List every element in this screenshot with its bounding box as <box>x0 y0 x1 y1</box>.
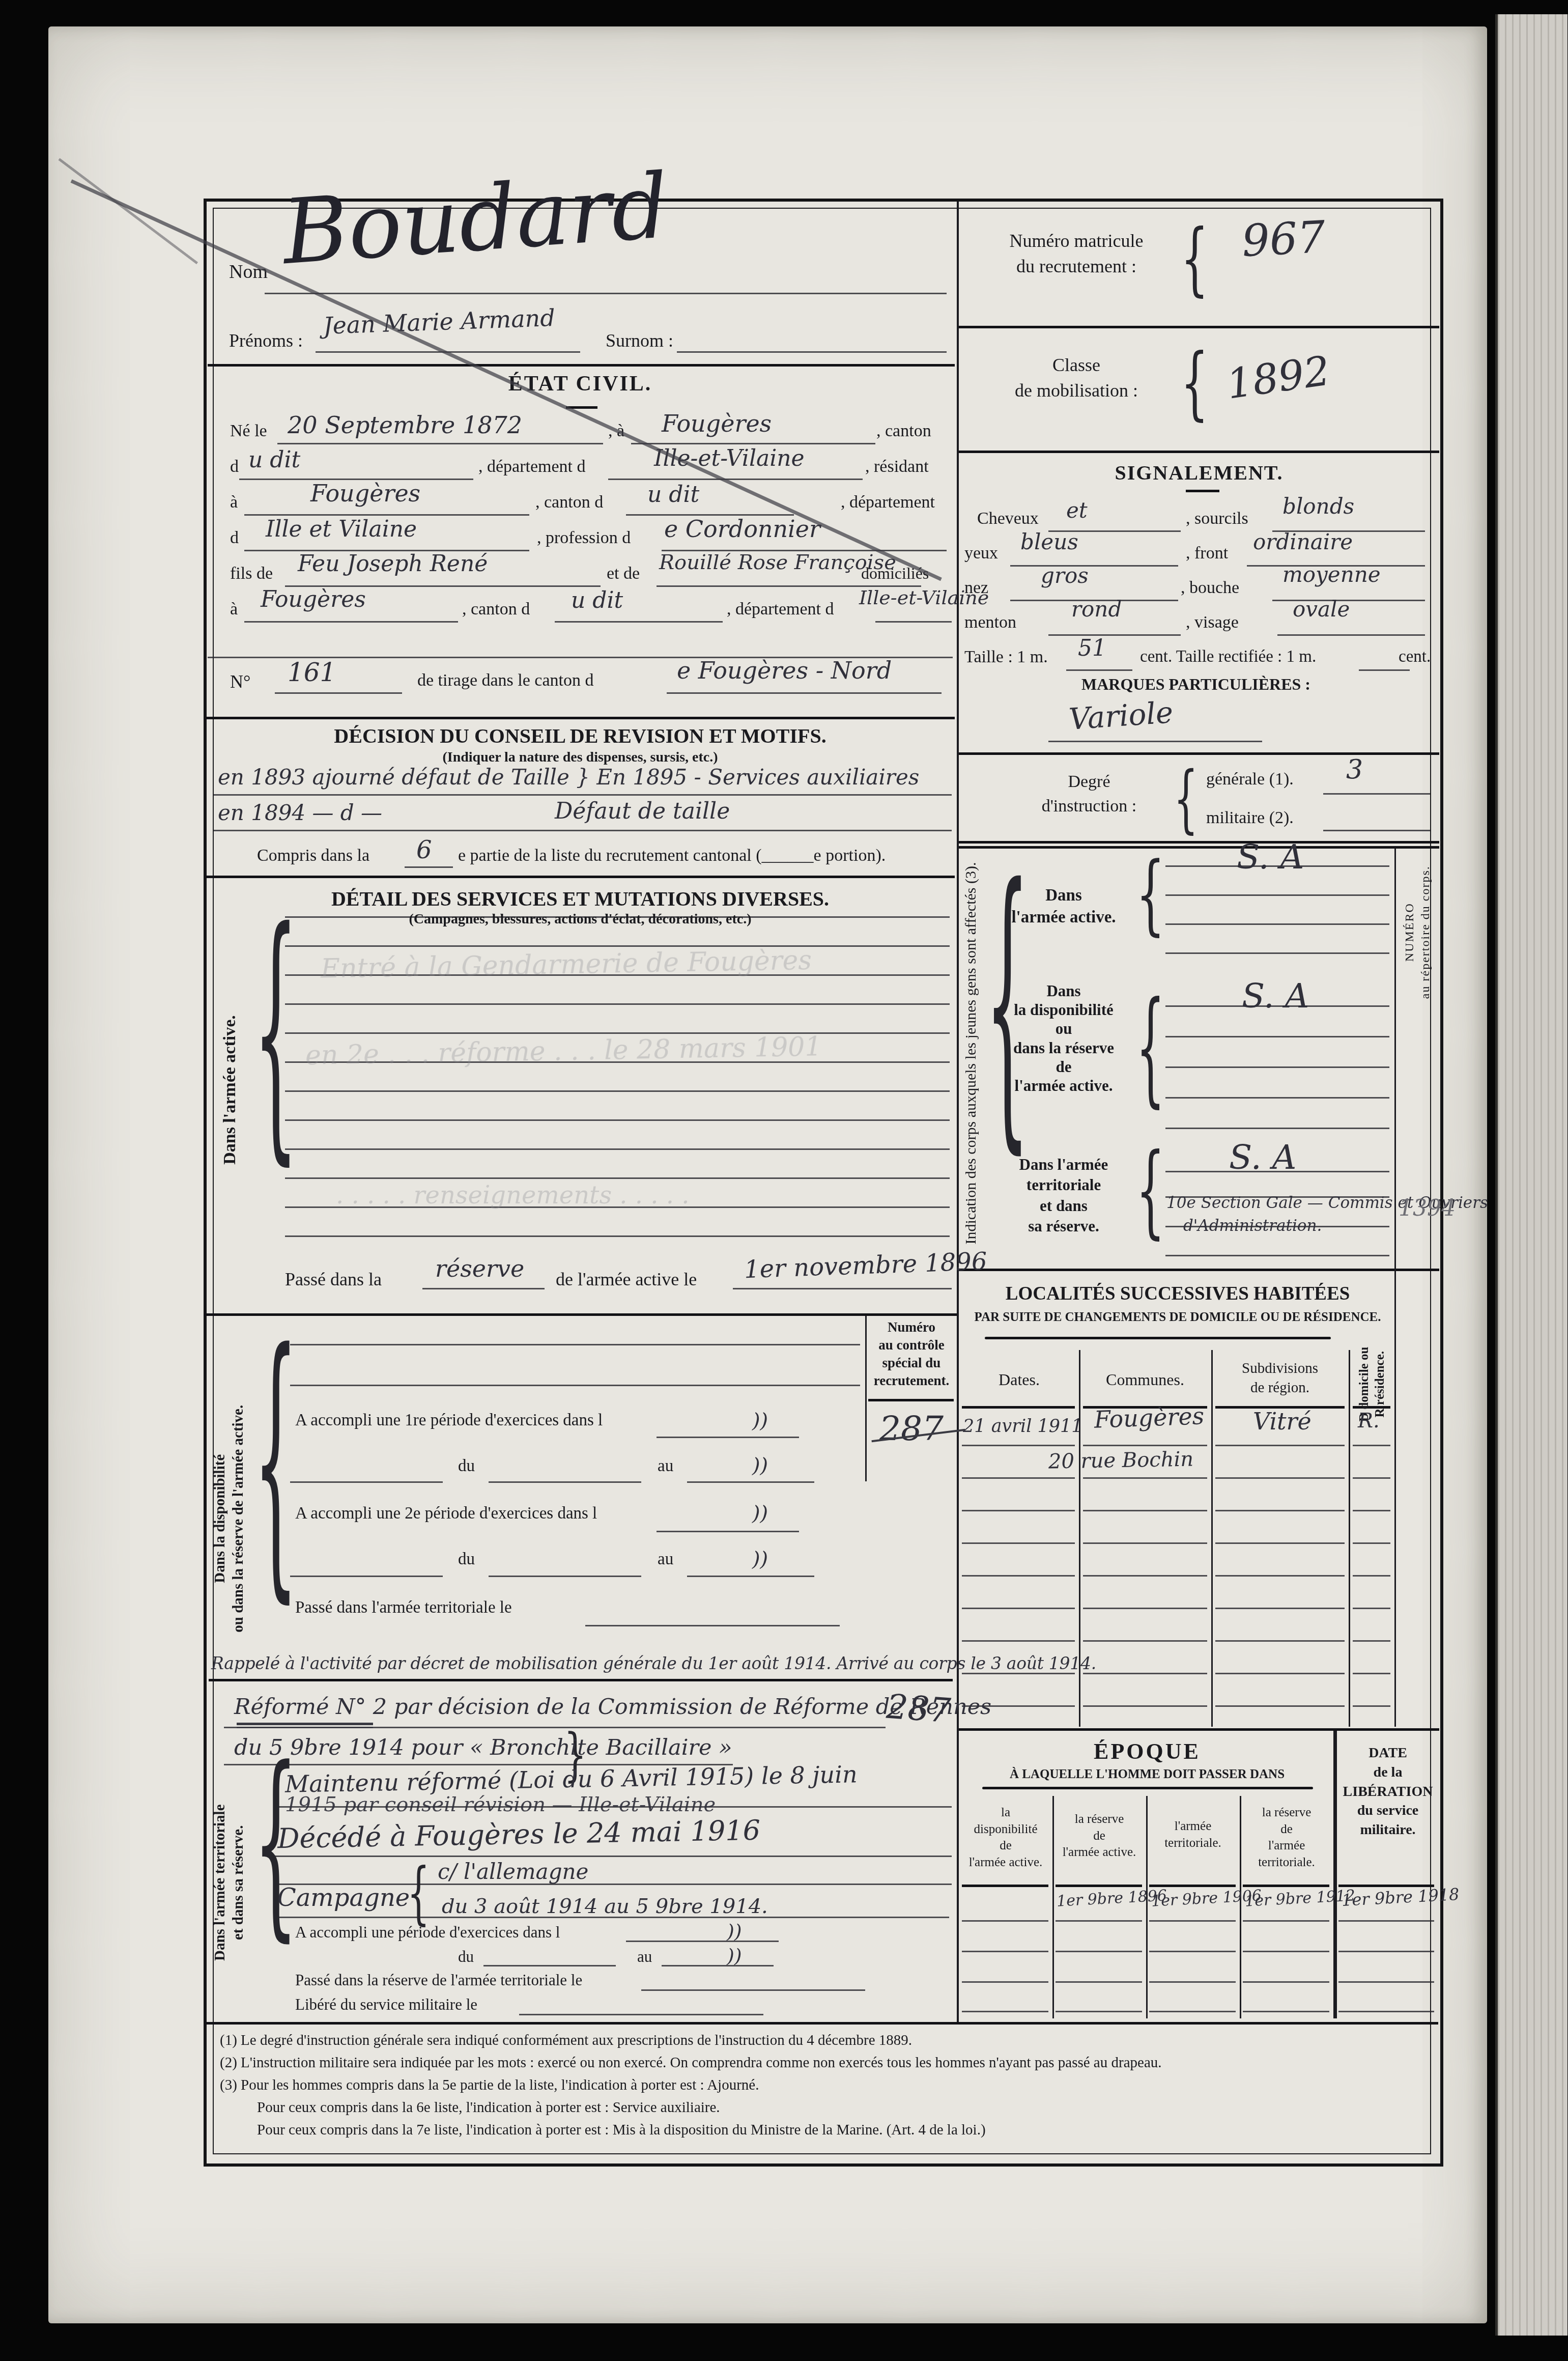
campagne-brace: { <box>407 1859 430 1927</box>
decision-subtitle: (Indiquer la nature des dispenses, sursi… <box>265 749 896 766</box>
rule-line <box>1215 1445 1345 1446</box>
rule-line <box>1243 2011 1329 2012</box>
rule-line <box>962 1608 1075 1609</box>
birth-date: 20 Septembre 1872 <box>288 411 522 439</box>
rule-line <box>1048 634 1181 636</box>
rule-line <box>1353 1575 1390 1577</box>
reforme-word-strike1 <box>237 1723 373 1725</box>
rule-line <box>1165 952 1389 954</box>
heavy-rule-line <box>206 2022 1438 2025</box>
heavy-rule-line <box>959 841 1439 844</box>
rule-line <box>1243 1981 1329 1983</box>
classe-brace: { <box>1181 344 1209 423</box>
menton-value: rond <box>1071 597 1122 622</box>
armee-active-side-label: Dans l'armée active. <box>220 907 240 1273</box>
ne-le-label: Né le <box>230 421 267 441</box>
degre-label: Degré d'instruction : <box>1013 770 1165 818</box>
taille-cent-label: cent. <box>1399 648 1431 666</box>
profession: e Cordonnier <box>664 515 820 543</box>
parents-commune: Fougères <box>261 586 366 612</box>
campagne-value-1: c/ l'allemagne <box>438 1859 588 1884</box>
residant-label: , résidant <box>865 457 929 476</box>
rule-line <box>1215 1575 1345 1577</box>
marques-label: MARQUES PARTICULIÈRES : <box>1018 675 1374 694</box>
divider-line <box>1349 1350 1350 1727</box>
yeux-value: bleus <box>1020 529 1078 554</box>
rule-line <box>1056 1920 1142 1922</box>
rule-line <box>962 1981 1048 1983</box>
du-label-2: du <box>458 1550 475 1569</box>
rule-line <box>1149 1981 1236 1983</box>
rule-line <box>265 293 947 294</box>
rule-line <box>555 621 723 623</box>
footnote-5: Pour ceux compris dans la 7e liste, l'in… <box>257 2122 986 2139</box>
prof-label: , profession d <box>537 528 631 548</box>
compris-label1: Compris dans la <box>257 846 369 865</box>
decision-line2b: Défaut de taille <box>555 798 730 824</box>
menton-label: menton <box>964 613 1016 632</box>
dept-label: , département d <box>478 457 586 476</box>
marques-value: Variole <box>1068 695 1174 737</box>
ditto-mark-3: )) <box>752 1502 768 1525</box>
rule-line <box>1215 1510 1345 1511</box>
rule-line <box>962 1510 1075 1511</box>
rule-line <box>277 443 603 444</box>
bouche-value: moyenne <box>1282 562 1381 587</box>
du-label-1: du <box>458 1457 475 1476</box>
rule-line <box>290 1481 443 1483</box>
localites-decor-rule <box>985 1337 1331 1339</box>
rule-line <box>962 1951 1048 1952</box>
disponibilite-brace: { <box>253 1319 298 1607</box>
rule-line <box>275 692 402 694</box>
campagne-value-2: du 3 août 1914 au 5 9bre 1914. <box>442 1895 768 1918</box>
taille-label: Taille : 1 m. <box>964 648 1048 667</box>
controle-number: 287 <box>879 1409 944 1448</box>
services-subtitle: (Campagnes, blessures, actions d'éclat, … <box>265 911 896 927</box>
ditto-mark-1: )) <box>752 1409 768 1432</box>
parents-canton: u dit <box>571 587 623 613</box>
controle-label: Numéro au contrôle spécial du recrutemen… <box>866 1318 957 1390</box>
compris-underline <box>405 866 453 868</box>
matricule-value: 967 <box>1240 212 1326 267</box>
rule-line <box>1323 793 1430 795</box>
nez-value: gros <box>1041 563 1089 588</box>
rule-line <box>1277 634 1425 636</box>
degre-militaire-label: militaire (2). <box>1206 808 1294 828</box>
reforme-motif: du 5 9bre 1914 pour « Bronchite Bacillai… <box>234 1735 732 1760</box>
tirage-no-label: N° <box>230 671 250 692</box>
rule-line <box>962 1445 1075 1446</box>
corps-terr-note2: d'Administration. <box>1183 1217 1322 1235</box>
ditto-mark-6: )) <box>727 1945 742 1967</box>
rule-line <box>1215 1542 1345 1544</box>
rule-line <box>290 1344 860 1345</box>
heavy-rule-line <box>209 1679 953 1681</box>
passe-reserve-value: réserve <box>435 1255 524 1282</box>
rule-line <box>1353 1510 1390 1511</box>
footnote-1: (1) Le degré d'instruction générale sera… <box>220 2032 912 2049</box>
rule-line <box>677 351 947 353</box>
degre-generale-value: 3 <box>1346 754 1363 785</box>
armee-active-brace: { <box>253 900 298 1169</box>
rule-line <box>214 830 952 831</box>
rule-line <box>290 1576 443 1577</box>
corps-active-label: Dans l'armée active. <box>997 885 1130 929</box>
rule-line <box>1165 1128 1389 1129</box>
rule-line <box>962 1542 1075 1544</box>
cheveux-value: et <box>1066 498 1088 523</box>
periode2-label: A accompli une 2e période d'exercices da… <box>295 1504 597 1523</box>
rule-line <box>1048 741 1262 742</box>
signalement-title: SIGNALEMENT. <box>959 461 1439 485</box>
yeux-label: yeux <box>964 544 998 563</box>
territoriale-side-label: Dans l'armée territoriale et dans sa rés… <box>211 1740 248 2025</box>
rule-line <box>489 1576 641 1577</box>
corps-dispo-brace: { <box>1136 987 1165 1110</box>
rule-line <box>285 1177 950 1179</box>
reforme-number: 287 <box>885 1687 952 1731</box>
rule-line <box>1056 1951 1142 1952</box>
next-page-edge <box>1495 14 1567 2336</box>
services-title: DÉTAIL DES SERVICES ET MUTATIONS DIVERSE… <box>265 887 896 911</box>
reforme-word-strike2 <box>237 1727 373 1728</box>
campagne-label: Campagne <box>277 1884 410 1912</box>
signalement-dash <box>1186 490 1219 492</box>
corps-side-label: Indication des corps auxquels les jeunes… <box>962 842 980 1264</box>
divider-line <box>1211 1350 1213 1727</box>
corps-terr-value: S. A <box>1229 1138 1296 1177</box>
birth-canton: u dit <box>248 447 300 473</box>
rule-line <box>1083 1445 1207 1446</box>
rule-line <box>1353 1542 1390 1544</box>
rule-line <box>631 443 875 444</box>
epoque-col2-header: la réserve de l'armée active. <box>1054 1811 1144 1861</box>
passe-reserve-label1: Passé dans la <box>285 1269 382 1290</box>
rule-line <box>1353 1640 1390 1642</box>
rule-line <box>1243 1951 1329 1952</box>
compris-value: 6 <box>416 836 432 864</box>
front-label: , front <box>1186 544 1228 563</box>
residence-commune: Fougères <box>310 480 420 507</box>
col-subdiv-header: Subdivisions de région. <box>1214 1359 1346 1397</box>
divider-line <box>1240 1796 1241 2018</box>
rule-line <box>285 1090 950 1092</box>
tirage-canton: e Fougères - Nord <box>677 657 892 684</box>
divider-line <box>1052 1796 1054 2018</box>
classe-label: Classe de mobilisation : <box>980 352 1173 404</box>
fils-label: fils de <box>230 564 273 583</box>
sourcils-label: , sourcils <box>1186 509 1248 528</box>
rule-line <box>285 1119 950 1121</box>
rule-line <box>1338 2011 1434 2012</box>
epoque-subtitle: À LAQUELLE L'HOMME DOIT PASSER DANS <box>959 1767 1335 1782</box>
epoque-col1-header: la disponibilité de l'armée active. <box>961 1805 1050 1871</box>
divider-line <box>1146 1796 1148 2018</box>
maintenu-note-2: 1915 par conseil révision — Ille-et-Vila… <box>285 1793 716 1816</box>
rule-line <box>1165 923 1389 925</box>
rule-line <box>285 945 950 947</box>
rule-line <box>733 1288 952 1289</box>
localite-row-dr: R. <box>1358 1409 1380 1432</box>
rule-line <box>1353 1477 1390 1479</box>
rule-line <box>1165 894 1389 896</box>
rule-line <box>244 514 529 516</box>
register-sheet: Nom Boudard Prénoms : Jean Marie Armand … <box>0 0 1568 2361</box>
corps-terr-label: Dans l'armée territoriale et dans sa rés… <box>992 1155 1135 1236</box>
prenoms-label: Prénoms : <box>229 330 303 351</box>
rule-line <box>1165 1066 1389 1068</box>
corps-terr-brace: { <box>1136 1141 1165 1242</box>
taille-rectifiee-label: cent. Taille rectifiée : 1 m. <box>1140 648 1316 666</box>
father-name: Feu Joseph René <box>298 551 488 577</box>
rule-line <box>214 794 952 796</box>
terr-du-label: du <box>458 1948 474 1966</box>
localite-row-date: 21 avril 1911 <box>963 1416 1083 1437</box>
rule-line <box>285 1032 950 1034</box>
rule-line <box>626 1941 779 1942</box>
canton2-label: , canton d <box>535 493 603 512</box>
rule-line <box>662 1965 774 1966</box>
epoque-col3-header: l'armée territoriale. <box>1148 1818 1238 1851</box>
rule-line <box>1056 1981 1142 1983</box>
matricule-label: Numéro matricule du recrutement : <box>980 228 1173 279</box>
footnote-3: (3) Pour les hommes compris dans la 5e p… <box>220 2077 759 2094</box>
epoque-date-header: DATE de la LIBÉRATION du service militai… <box>1338 1744 1437 1840</box>
tirage-number: 161 <box>288 658 336 687</box>
rule-line <box>1056 2011 1142 2012</box>
localite-row-street: 20 rue Bochin <box>1048 1448 1194 1474</box>
rule-line <box>270 1856 952 1857</box>
a2-label: à <box>230 493 238 512</box>
matricule-brace: { <box>1181 220 1209 299</box>
heavy-rule-line <box>959 451 1439 453</box>
ditto-mark-2: )) <box>752 1454 768 1477</box>
heavy-rule-line <box>1056 1885 1142 1887</box>
repertoire-corps-label: NUMÉRO au répertoire du corps. <box>1402 815 1434 1049</box>
terr-au-label: au <box>637 1948 652 1966</box>
controle-header-rule <box>868 1399 954 1401</box>
degre-generale-label: générale (1). <box>1206 770 1294 789</box>
rule-line <box>962 1640 1075 1642</box>
rule-line <box>962 1477 1075 1479</box>
heavy-rule-line <box>959 752 1439 755</box>
faint-pencil-note-3: . . . . . renseignements . . . . . <box>336 1181 690 1210</box>
libere-label: Libéré du service militaire le <box>295 1995 477 2014</box>
localites-title: LOCALITÉS SUCCESSIVES HABITÉES <box>959 1283 1396 1305</box>
rule-line <box>962 1575 1075 1577</box>
rule-line <box>1083 1510 1207 1511</box>
taille-value: 51 <box>1078 635 1106 661</box>
col-communes-header: Communes. <box>1081 1370 1209 1389</box>
front-value: ordinaire <box>1253 529 1353 554</box>
heavy-rule-line <box>959 1728 1439 1731</box>
degre-brace: { <box>1174 762 1198 835</box>
au-label-1: au <box>658 1457 673 1476</box>
rule-line <box>962 1920 1048 1922</box>
corps-active-value: S. A <box>1237 837 1304 877</box>
rule-line <box>483 1965 616 1966</box>
rule-line <box>1083 1673 1207 1674</box>
rule-line <box>244 621 458 623</box>
reforme-note: Réformé N° 2 par décision de la Commissi… <box>234 1694 991 1720</box>
corps-dispo-label: Dans la disponibilité ou dans la réserve… <box>992 981 1135 1095</box>
rule-line <box>1149 1920 1236 1922</box>
rule-line <box>1066 669 1132 671</box>
rule-line <box>1353 1608 1390 1609</box>
footnote-4: Pour ceux compris dans la 6e liste, l'in… <box>257 2099 720 2116</box>
rule-line <box>1083 1575 1207 1577</box>
epoque-title: ÉPOQUE <box>959 1738 1335 1764</box>
canton3-label: , canton d <box>462 600 530 619</box>
visage-label: , visage <box>1186 613 1239 632</box>
passe-reserve-terr-label: Passé dans la réserve de l'armée territo… <box>295 1971 582 1989</box>
birth-place: Fougères <box>662 410 772 437</box>
rule-line <box>1243 1920 1329 1922</box>
dept3-label: , département d <box>727 600 834 619</box>
canton-label: , canton <box>876 421 931 441</box>
rule-line <box>290 1385 860 1386</box>
rule-line <box>687 1481 814 1483</box>
heavy-rule-line <box>959 1269 1439 1271</box>
tirage-label: de tirage dans le canton d <box>417 671 593 690</box>
parents-dept: Ille-et-Vilaine <box>859 586 989 609</box>
rule-line <box>519 2014 763 2015</box>
residence-dept: Ille et Vilaine <box>266 516 417 542</box>
rule-line <box>608 479 863 480</box>
rule-line <box>1215 1640 1345 1642</box>
ditto-mark-5: )) <box>727 1920 742 1943</box>
rule-line <box>1165 1097 1389 1099</box>
au-label-2: au <box>658 1550 673 1569</box>
compris-label2: e partie de la liste du recrutement cant… <box>458 846 886 865</box>
rule-line <box>285 1003 950 1005</box>
rule-line <box>1083 1542 1207 1544</box>
rule-line <box>687 1576 814 1577</box>
rule-line <box>1359 669 1410 671</box>
rule-line <box>285 1235 950 1237</box>
sourcils-value: blonds <box>1282 494 1354 519</box>
rule-line <box>875 621 952 623</box>
heavy-rule-line <box>208 364 955 367</box>
rule-line <box>1083 1608 1207 1609</box>
rule-line <box>657 1531 799 1532</box>
rule-line <box>1353 1673 1390 1674</box>
rule-line <box>1083 1640 1207 1642</box>
rule-line <box>1165 1255 1389 1256</box>
d2-label: d <box>230 528 239 548</box>
visage-value: ovale <box>1293 597 1350 622</box>
rule-line <box>285 1148 950 1150</box>
rule-line <box>1353 1705 1390 1707</box>
decision-line2a: en 1894 — d — <box>218 800 382 825</box>
rule-line <box>1338 1951 1434 1952</box>
heavy-rule-line <box>959 326 1439 328</box>
epoque-col4-header: la réserve de l'armée territoriale. <box>1242 1805 1331 1871</box>
rule-line <box>1083 1705 1207 1707</box>
rule-line <box>1215 1705 1345 1707</box>
rule-line <box>1215 1477 1345 1479</box>
rule-line <box>1215 1608 1345 1609</box>
rule-line <box>489 1481 641 1483</box>
heavy-rule-line <box>206 717 955 719</box>
heavy-rule-line <box>962 1406 1075 1409</box>
periode1-label: A accompli une 1re période d'exercices d… <box>295 1411 603 1430</box>
heavy-rule-line <box>962 1885 1048 1887</box>
rule-line <box>1149 2011 1236 2012</box>
rappele-note: Rappelé à l'activité par décret de mobil… <box>211 1653 1096 1673</box>
footnote-2: (2) L'instruction militaire sera indiqué… <box>220 2055 1162 2071</box>
rule-line <box>1215 1673 1345 1674</box>
rule-line <box>1338 1920 1434 1922</box>
dept2-label: , département <box>841 493 935 512</box>
localites-subtitle: PAR SUITE DE CHANGEMENTS DE DOMICILE OU … <box>959 1310 1396 1325</box>
heavy-rule-line <box>206 876 955 878</box>
localite-row-subdiv: Vitré <box>1253 1408 1312 1435</box>
passe-territoriale-label: Passé dans l'armée territoriale le <box>295 1598 512 1617</box>
terr-periode-label: A accompli une période d'exercices dans … <box>295 1923 560 1942</box>
ditto-mark-4: )) <box>752 1548 768 1571</box>
repertoire-number: 1394 <box>1399 1195 1456 1221</box>
etde-label: et de <box>607 564 640 583</box>
rule-line <box>641 1989 865 1991</box>
epoque-decor-rule <box>982 1787 1313 1789</box>
heavy-rule-line <box>959 846 1439 849</box>
a3-label: à <box>230 600 238 619</box>
corps-active-brace: { <box>1136 851 1165 938</box>
rule-line <box>667 692 942 694</box>
rule-line <box>1010 565 1178 567</box>
bouche-label: , bouche <box>1181 578 1239 598</box>
mother-name: Rouillé Rose Françoise <box>659 551 896 574</box>
residence-canton: u dit <box>647 482 699 508</box>
rule-line <box>1165 1036 1389 1037</box>
rule-line <box>585 1625 840 1626</box>
decision-title: DÉCISION DU CONSEIL DE REVISION ET MOTIF… <box>265 724 896 748</box>
rule-line <box>1083 1477 1207 1479</box>
heavy-rule-line <box>204 1313 957 1316</box>
cheveux-label: Cheveux <box>977 509 1039 528</box>
decision-line1: en 1893 ajourné défaut de Taille } En 18… <box>218 765 919 790</box>
d-label: d <box>230 457 239 476</box>
rule-line <box>962 2011 1048 2012</box>
corps-dispo-value: S. A <box>1242 976 1309 1016</box>
col-dates-header: Dates. <box>962 1370 1076 1389</box>
rule-line <box>1149 1951 1236 1952</box>
surnom-label: Surnom : <box>606 330 673 351</box>
rule-line <box>657 1437 799 1438</box>
localite-row-commune: Fougères <box>1094 1402 1205 1434</box>
rule-line <box>422 1288 545 1289</box>
passe-reserve-label2: de l'armée active le <box>556 1269 697 1290</box>
rule-line <box>1338 1981 1434 1983</box>
